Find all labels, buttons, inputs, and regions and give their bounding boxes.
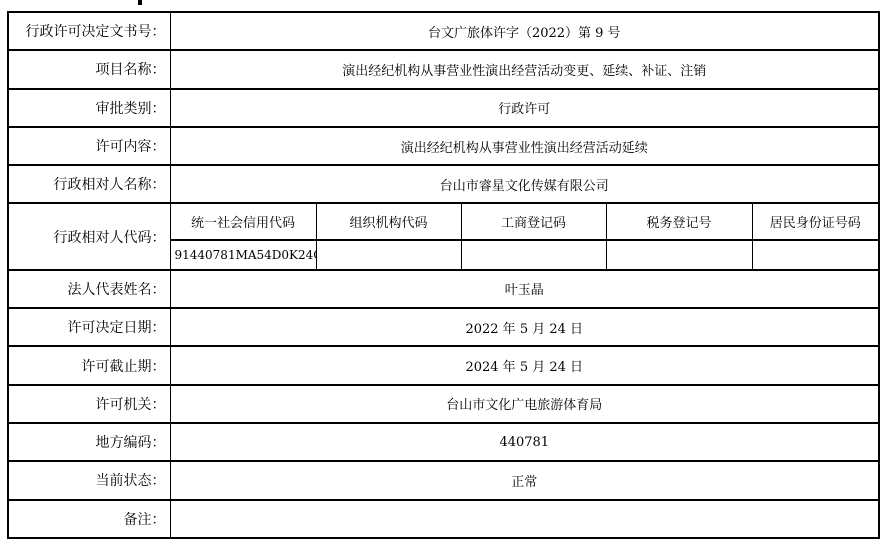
row-label-project-name: 项目名称： <box>8 50 170 88</box>
row-label-decision-date: 许可决定日期： <box>8 308 170 346</box>
table-row: 行政许可决定文书号： 台文广旅体许字（2022）第 9 号 <box>8 12 879 50</box>
table-row: 当前状态： 正常 <box>8 461 879 499</box>
code-col-header-tax-reg: 税务登记号 <box>606 203 752 240</box>
code-value-tax-reg <box>606 240 752 269</box>
table-row: 法人代表姓名： 叶玉晶 <box>8 270 879 308</box>
stray-caret-mark <box>138 0 142 5</box>
table-row: 许可机关： 台山市文化广电旅游体育局 <box>8 385 879 423</box>
row-value-current-status: 正常 <box>170 461 879 499</box>
table-row-code-headers: 行政相对人代码： 统一社会信用代码 组织机构代码 工商登记码 税务登记号 居民身… <box>8 203 879 240</box>
row-label-counterpart-code: 行政相对人代码： <box>8 203 170 269</box>
row-label-expiry-date: 许可截止期： <box>8 346 170 384</box>
code-value-org-code <box>316 240 461 269</box>
row-label-local-code: 地方编码： <box>8 423 170 461</box>
table-row: 审批类别： 行政许可 <box>8 89 879 127</box>
row-label-remarks: 备注： <box>8 500 170 538</box>
code-col-header-credit-code: 统一社会信用代码 <box>170 203 316 240</box>
table-row: 项目名称： 演出经纪机构从事营业性演出经营活动变更、延续、补证、注销 <box>8 50 879 88</box>
row-label-approval-category: 审批类别： <box>8 89 170 127</box>
code-col-header-id-number: 居民身份证号码 <box>752 203 879 240</box>
row-label-license-content: 许可内容： <box>8 127 170 165</box>
row-label-document-number: 行政许可决定文书号： <box>8 12 170 50</box>
row-value-legal-representative: 叶玉晶 <box>170 270 879 308</box>
row-value-remarks <box>170 500 879 538</box>
code-col-header-org-code: 组织机构代码 <box>316 203 461 240</box>
row-label-legal-representative: 法人代表姓名： <box>8 270 170 308</box>
code-value-business-reg <box>461 240 606 269</box>
row-value-approval-category: 行政许可 <box>170 89 879 127</box>
table-row: 许可内容： 演出经纪机构从事营业性演出经营活动延续 <box>8 127 879 165</box>
row-value-local-code: 440781 <box>170 423 879 461</box>
row-label-licensing-authority: 许可机关： <box>8 385 170 423</box>
table-row: 行政相对人名称： 台山市睿星文化传媒有限公司 <box>8 165 879 203</box>
row-label-counterpart-name: 行政相对人名称： <box>8 165 170 203</box>
code-col-header-business-reg: 工商登记码 <box>461 203 606 240</box>
code-value-credit-code: 91440781MA54D0K24Q <box>170 240 316 269</box>
row-value-license-content: 演出经纪机构从事营业性演出经营活动延续 <box>170 127 879 165</box>
row-value-counterpart-name: 台山市睿星文化传媒有限公司 <box>170 165 879 203</box>
table-row: 许可决定日期： 2022 年 5 月 24 日 <box>8 308 879 346</box>
row-label-current-status: 当前状态： <box>8 461 170 499</box>
row-value-decision-date: 2022 年 5 月 24 日 <box>170 308 879 346</box>
table-row: 备注： <box>8 500 879 538</box>
row-value-licensing-authority: 台山市文化广电旅游体育局 <box>170 385 879 423</box>
row-value-expiry-date: 2024 年 5 月 24 日 <box>170 346 879 384</box>
row-value-document-number: 台文广旅体许字（2022）第 9 号 <box>170 12 879 50</box>
code-value-id-number <box>752 240 879 269</box>
table-row: 许可截止期： 2024 年 5 月 24 日 <box>8 346 879 384</box>
row-value-project-name: 演出经纪机构从事营业性演出经营活动变更、延续、补证、注销 <box>170 50 879 88</box>
table-row: 地方编码： 440781 <box>8 423 879 461</box>
license-info-table: 行政许可决定文书号： 台文广旅体许字（2022）第 9 号 项目名称： 演出经纪… <box>7 11 880 539</box>
